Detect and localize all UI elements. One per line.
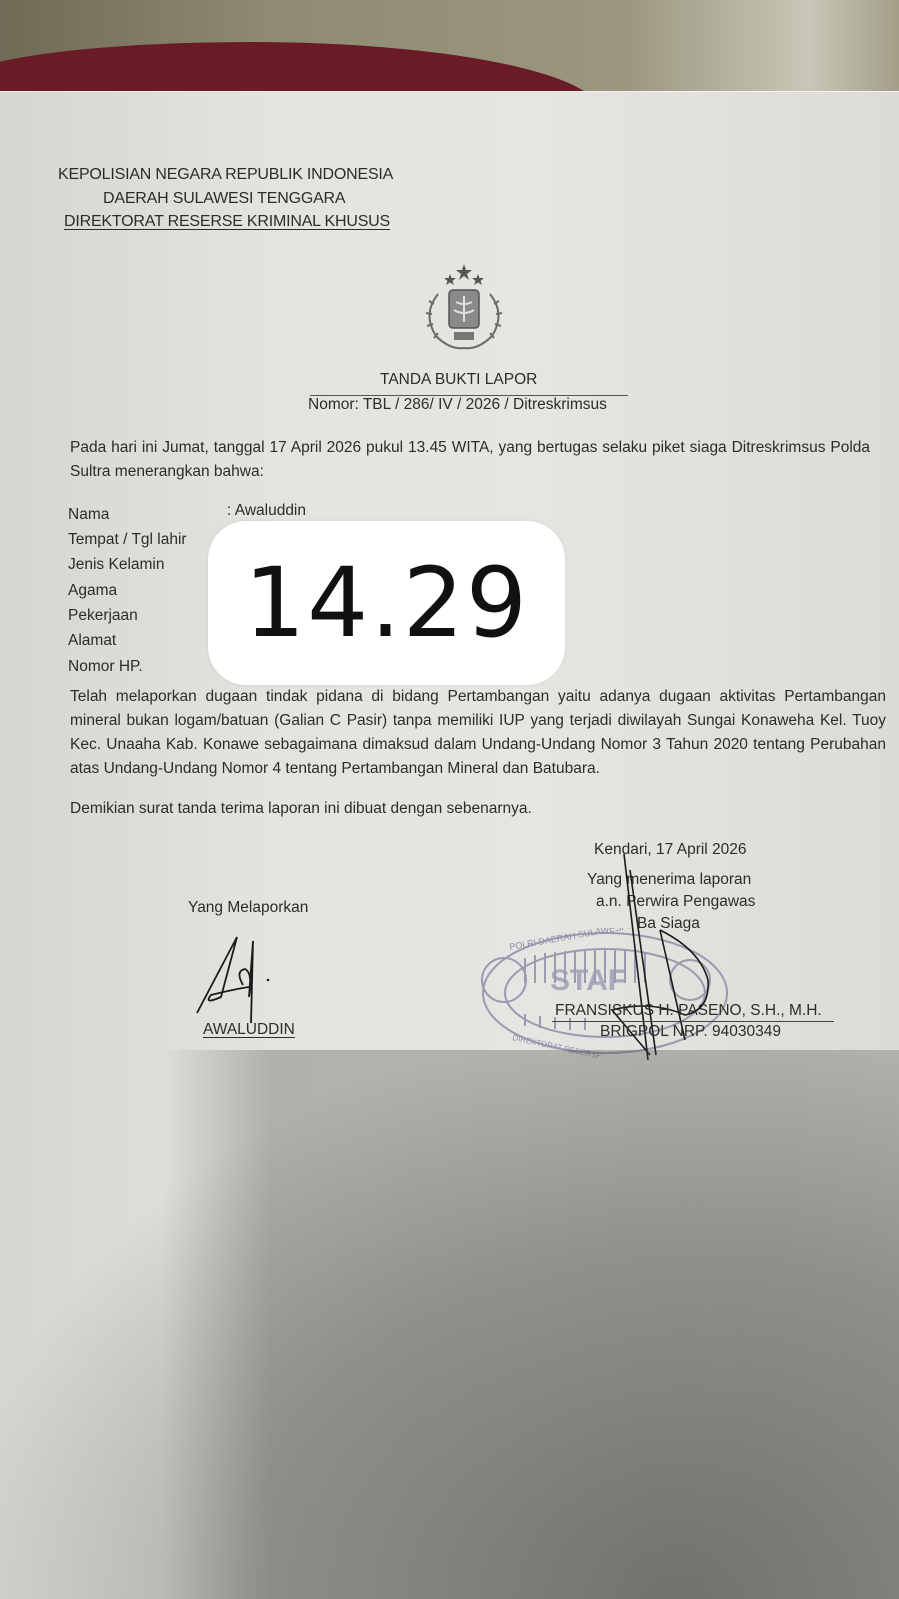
- header-line-3: DIREKTORAT RESERSE KRIMINAL KHUSUS: [64, 213, 390, 231]
- time-overlay-text: 14.29: [244, 547, 529, 659]
- header-line-2: DAERAH SULAWESI TENGGARA: [103, 190, 345, 208]
- report-body-paragraph: Telah melaporkan dugaan tindak pidana di…: [70, 685, 886, 781]
- police-emblem-icon: [416, 258, 512, 354]
- reporter-label: Yang Melaporkan: [188, 899, 308, 917]
- field-label-nama: Nama: [68, 506, 109, 524]
- field-label-nomor-hp: Nomor HP.: [68, 658, 143, 676]
- closing-statement: Demikian surat tanda terima laporan ini …: [70, 800, 532, 818]
- field-label-agama: Agama: [68, 582, 117, 600]
- field-label-tempat-tgl-lahir: Tempat / Tgl lahir: [68, 531, 187, 549]
- field-label-alamat: Alamat: [68, 632, 116, 650]
- reporter-name: AWALUDDIN: [203, 1021, 295, 1039]
- field-label-jenis-kelamin: Jenis Kelamin: [68, 556, 165, 574]
- time-overlay: 14.29: [208, 521, 565, 685]
- reporter-signature-icon: [195, 935, 285, 1025]
- header-line-1: KEPOLISIAN NEGARA REPUBLIK INDONESIA: [58, 166, 393, 184]
- document-title: TANDA BUKTI LAPOR: [380, 371, 537, 389]
- receiver-name: FRANSISKUS H. PASENO, S.H., M.H.: [555, 1002, 822, 1020]
- intro-paragraph: Pada hari ini Jumat, tanggal 17 April 20…: [70, 436, 870, 484]
- document-number: Nomor: TBL / 286/ IV / 2026 / Ditreskrim…: [308, 396, 607, 414]
- receiver-rank-nrp: BRIGPOL NRP. 94030349: [600, 1023, 781, 1041]
- receiver-name-underline: [552, 1021, 834, 1022]
- field-value-nama: : Awaluddin: [227, 502, 306, 520]
- field-label-pekerjaan: Pekerjaan: [68, 607, 138, 625]
